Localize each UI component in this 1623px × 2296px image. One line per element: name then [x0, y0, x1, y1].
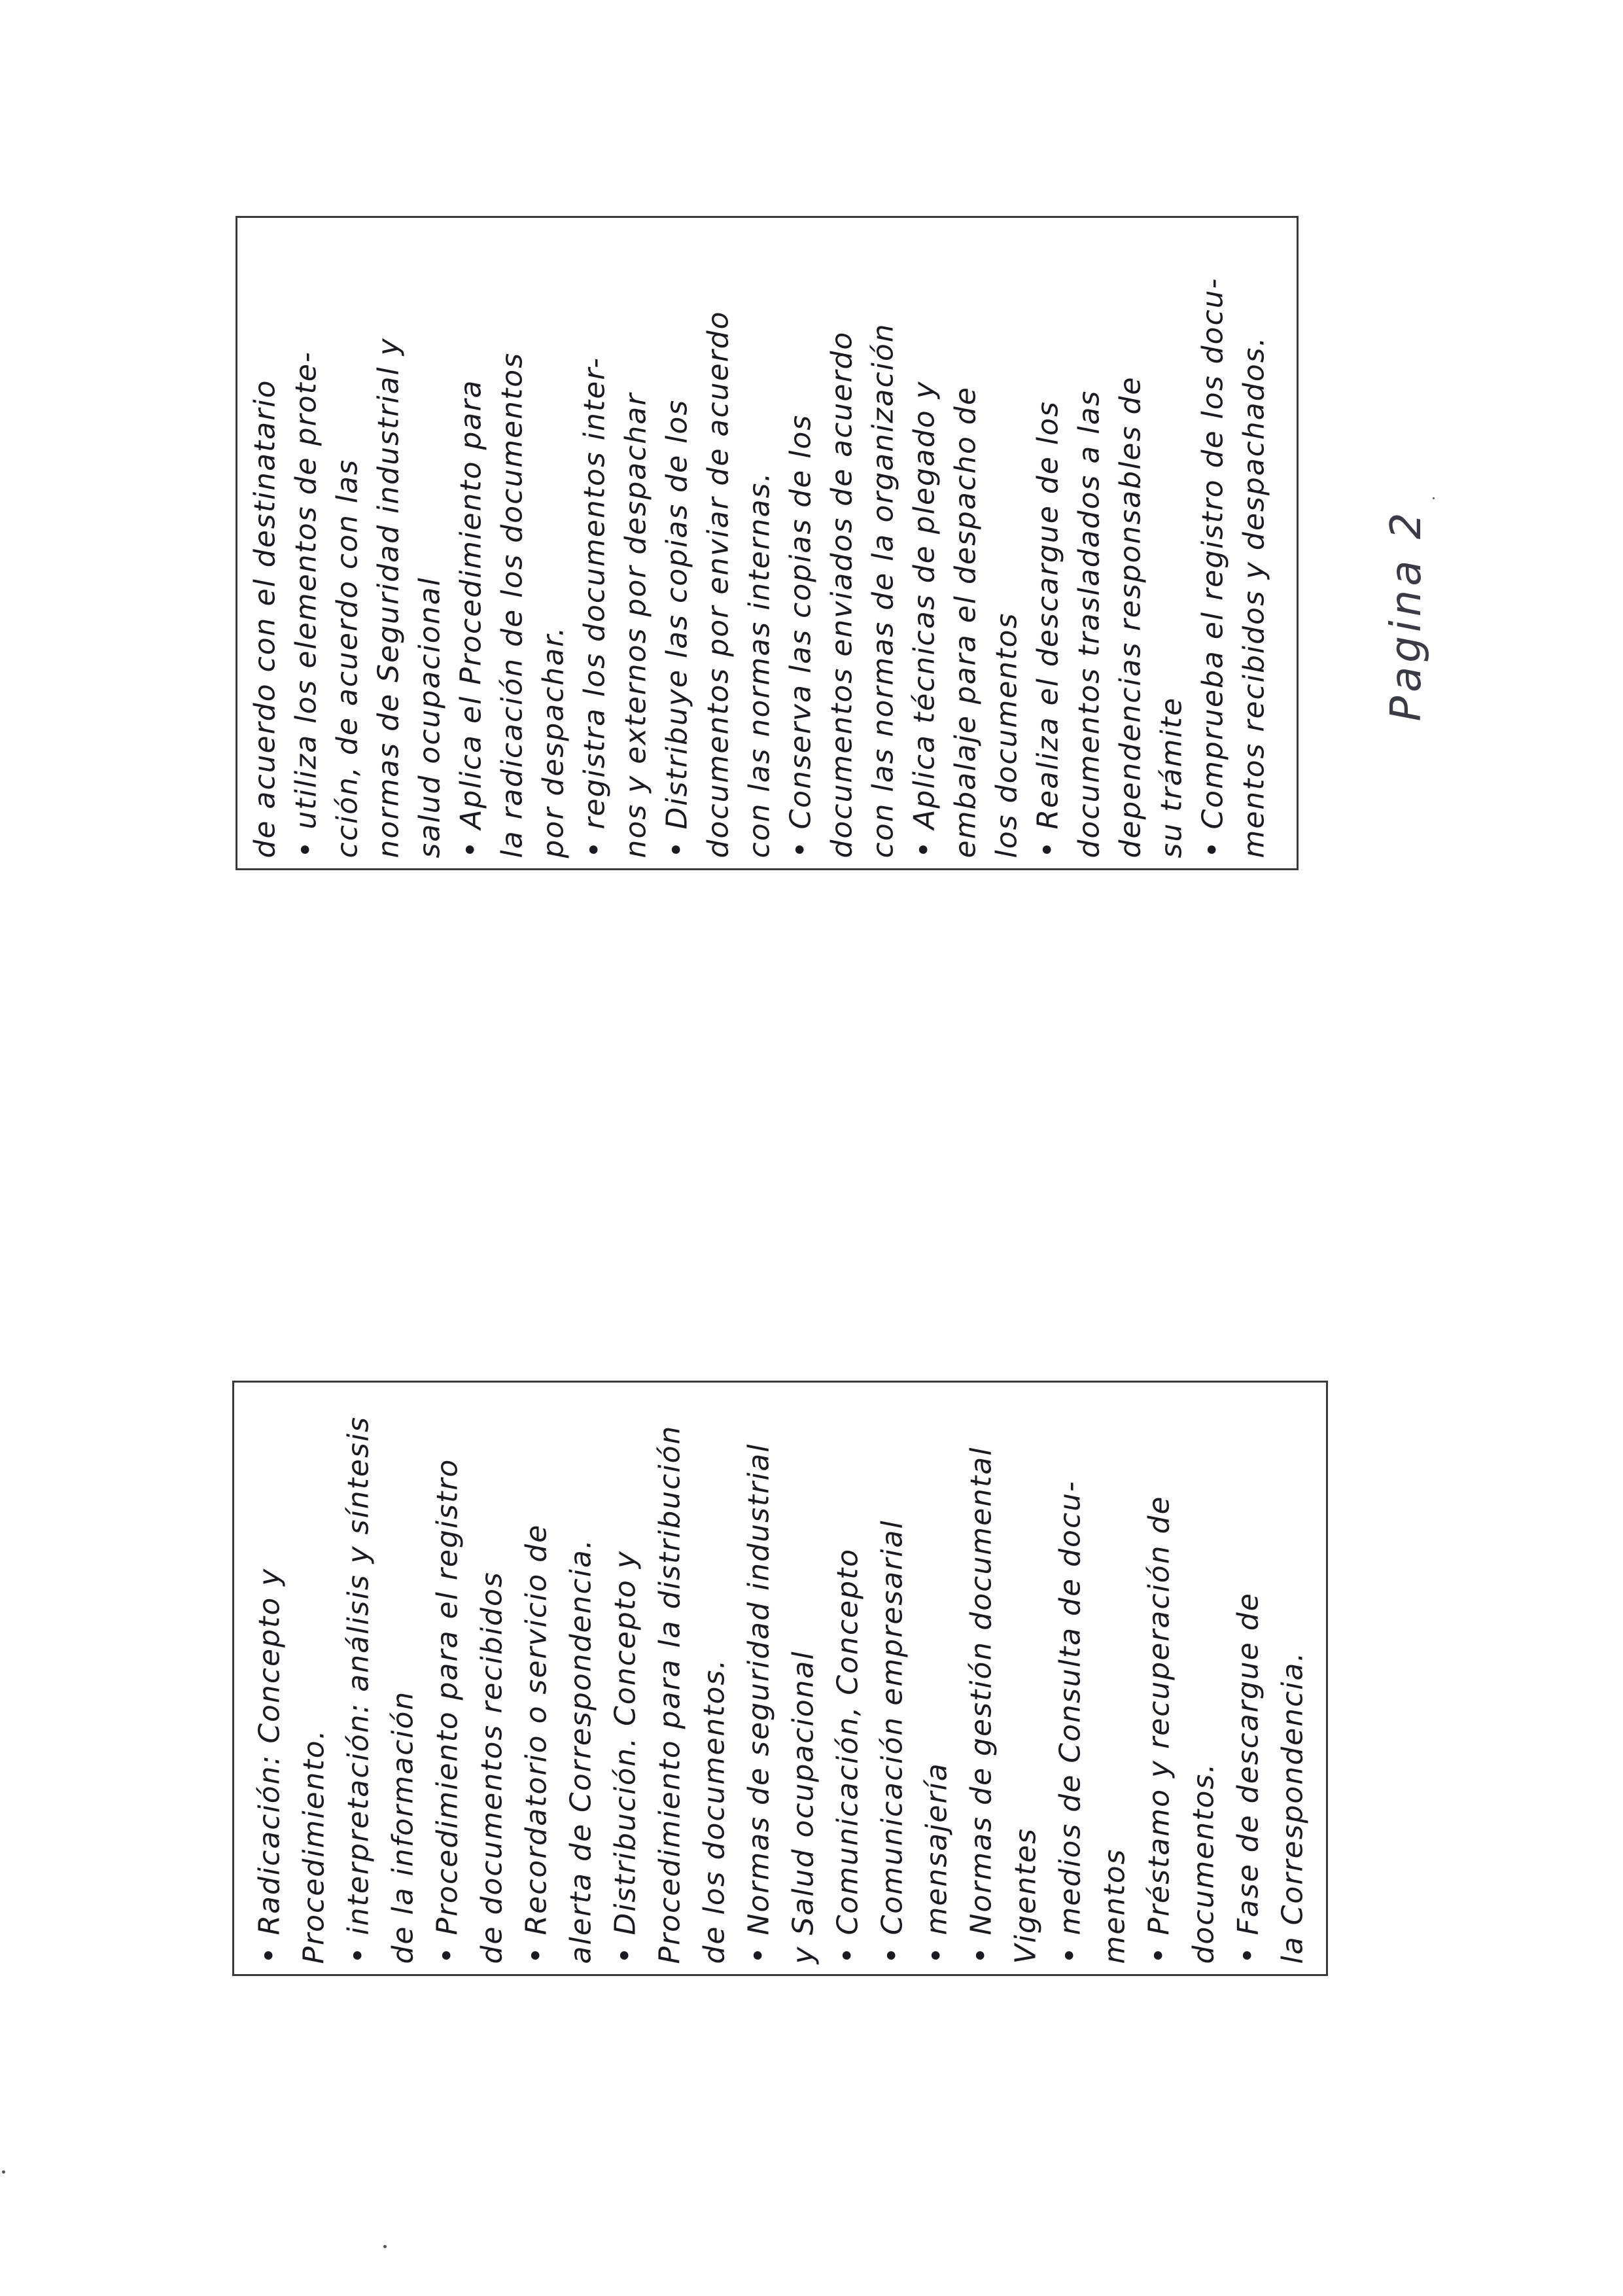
page-number-label: Pagina 2 — [1367, 497, 1446, 733]
note-line: • registra los documentos inter- — [574, 232, 615, 858]
right-notes-text: de acuerdo con el destinatario • utiliza… — [237, 218, 1300, 872]
note-line: • Distribución. Concepto y — [603, 1397, 648, 1964]
note-line: • Conserva las copias de los — [780, 232, 821, 858]
note-line: • Préstamo y recuperación de — [1137, 1397, 1181, 1964]
note-line: dependencias responsables de — [1109, 232, 1151, 858]
note-line: documentos trasladados a las — [1068, 232, 1109, 858]
note-line: Procedimiento para la distribución — [648, 1397, 692, 1964]
note-line: con las normas internas. — [739, 232, 780, 858]
note-line: • Radicación: Concepto y — [247, 1397, 292, 1964]
note-line: de la información — [381, 1397, 425, 1964]
note-line: documentos por enviar de acuerdo — [697, 232, 739, 858]
scan-speck — [1433, 497, 1435, 499]
note-line: • Recordatorio o servicio de — [514, 1397, 559, 1964]
note-line: • Aplica técnicas de plegado y — [903, 232, 945, 858]
note-line: documentos enviados de acuerdo — [821, 232, 862, 858]
note-line: embalaje para el despacho de — [945, 232, 986, 858]
note-line: • utiliza los elementos de prote- — [285, 232, 326, 858]
note-line: • Procedimiento para el registro — [425, 1397, 470, 1964]
page-number-text: Pagina 2 — [1367, 497, 1446, 733]
note-line: de los documentos. — [692, 1397, 737, 1964]
note-line: • mensajería — [915, 1397, 959, 1964]
note-line: • Distribuye las copias de los — [656, 232, 697, 858]
left-notes-text: • Radicación: Concepto y Procedimiento. … — [234, 1383, 1330, 1978]
note-line: de documentos recibidos — [470, 1397, 514, 1964]
note-line: normas de Seguridad industrial y — [368, 232, 409, 858]
note-line: de acuerdo con el destinatario — [244, 232, 285, 858]
note-line: los documentos — [986, 232, 1027, 858]
note-line: • Comunicación, Concepto — [826, 1397, 870, 1964]
note-line: • Comunicación empresarial — [870, 1397, 915, 1964]
note-line: su trámite — [1151, 232, 1192, 858]
note-line: • Normas de seguridad industrial — [737, 1397, 781, 1964]
note-line: y Salud ocupacional — [781, 1397, 826, 1964]
scan-speck — [383, 2245, 387, 2248]
note-line: con las normas de la organización — [862, 232, 903, 858]
note-line: • Realiza el descargue de los — [1027, 232, 1068, 858]
note-line: documentos. — [1181, 1397, 1226, 1964]
note-line: • interpretación: análisis y síntesis — [336, 1397, 381, 1964]
note-line: • Comprueba el registro de los docu- — [1192, 232, 1233, 858]
note-line: Procedimiento. — [292, 1397, 336, 1964]
note-line: • medios de Consulta de docu- — [1048, 1397, 1092, 1964]
right-notes-box: de acuerdo con el destinatario • utiliza… — [236, 216, 1299, 870]
note-line: nos y externos por despachar — [615, 232, 656, 858]
note-line: cción, de acuerdo con las — [326, 232, 368, 858]
left-notes-box: • Radicación: Concepto y Procedimiento. … — [232, 1381, 1328, 1976]
note-line: alerta de Correspondencia. — [559, 1397, 603, 1964]
note-line: mentos recibidos y despachados. — [1233, 232, 1274, 858]
note-line: la radicación de los documentos — [491, 232, 532, 858]
note-line: • Aplica el Procedimiento para — [450, 232, 491, 858]
note-line: salud ocupacional — [409, 232, 450, 858]
note-line: Vigentes — [1003, 1397, 1048, 1964]
note-line: por despachar. — [532, 232, 574, 858]
note-line: • Fase de descargue de — [1226, 1397, 1270, 1964]
note-line: la Correspondencia. — [1270, 1397, 1315, 1964]
note-line: mentos — [1092, 1397, 1137, 1964]
scan-speck — [2, 2170, 5, 2174]
note-line: • Normas de gestión documental — [959, 1397, 1003, 1964]
